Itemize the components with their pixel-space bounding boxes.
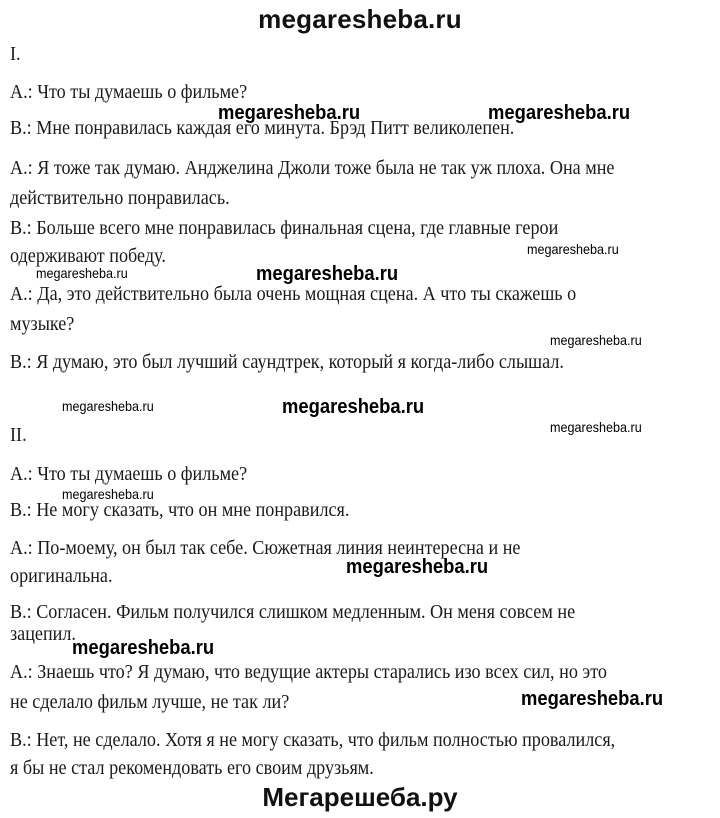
section-numeral: I. xyxy=(10,44,21,66)
dialogue-line: B.: Согласен. Фильм получился слишком ме… xyxy=(10,602,575,624)
dialogue-line: B.: Нет, не сделало. Хотя я не могу сказ… xyxy=(10,730,615,752)
watermark: megaresheba.ru xyxy=(36,265,128,281)
dialogue-line: B.: Я думаю, это был лучший саундтрек, к… xyxy=(10,352,564,374)
watermark: megaresheba.ru xyxy=(527,241,619,257)
dialogue-line: A.: Да, это действительно была очень мощ… xyxy=(10,284,576,306)
dialogue-line: действительно понравилась. xyxy=(10,188,230,210)
watermark: megaresheba.ru xyxy=(62,486,154,502)
site-header: megaresheba.ru xyxy=(0,4,720,35)
dialogue-line: я бы не стал рекомендовать его своим дру… xyxy=(10,758,374,780)
dialogue-line: A.: Что ты думаешь о фильме? xyxy=(10,464,247,486)
watermark: megaresheba.ru xyxy=(72,637,214,660)
watermark: megaresheba.ru xyxy=(62,398,154,414)
dialogue-line: A.: Я тоже так думаю. Анджелина Джоли то… xyxy=(10,158,614,180)
dialogue-line: музыке? xyxy=(10,314,74,336)
dialogue-line: B.: Не могу сказать, что он мне понравил… xyxy=(10,500,349,522)
watermark: megaresheba.ru xyxy=(256,263,398,286)
watermark: megaresheba.ru xyxy=(550,332,642,348)
section-numeral: II. xyxy=(10,425,27,447)
watermark: megaresheba.ru xyxy=(488,102,630,125)
dialogue-line: оригинальна. xyxy=(10,566,113,588)
dialogue-line: не сделало фильм лучше, не так ли? xyxy=(10,692,289,714)
dialogue-line: A.: Знаешь что? Я думаю, что ведущие акт… xyxy=(10,662,607,684)
watermark: megaresheba.ru xyxy=(521,688,663,711)
site-footer: Мегарешеба.ру xyxy=(0,782,720,813)
watermark: megaresheba.ru xyxy=(346,556,488,579)
dialogue-line: зацепил. xyxy=(10,624,76,646)
watermark: megaresheba.ru xyxy=(550,419,642,435)
watermark: megaresheba.ru xyxy=(218,102,360,125)
watermark: megaresheba.ru xyxy=(282,396,424,419)
dialogue-line: A.: Что ты думаешь о фильме? xyxy=(10,82,247,104)
dialogue-line: B.: Больше всего мне понравилась финальн… xyxy=(10,218,558,240)
